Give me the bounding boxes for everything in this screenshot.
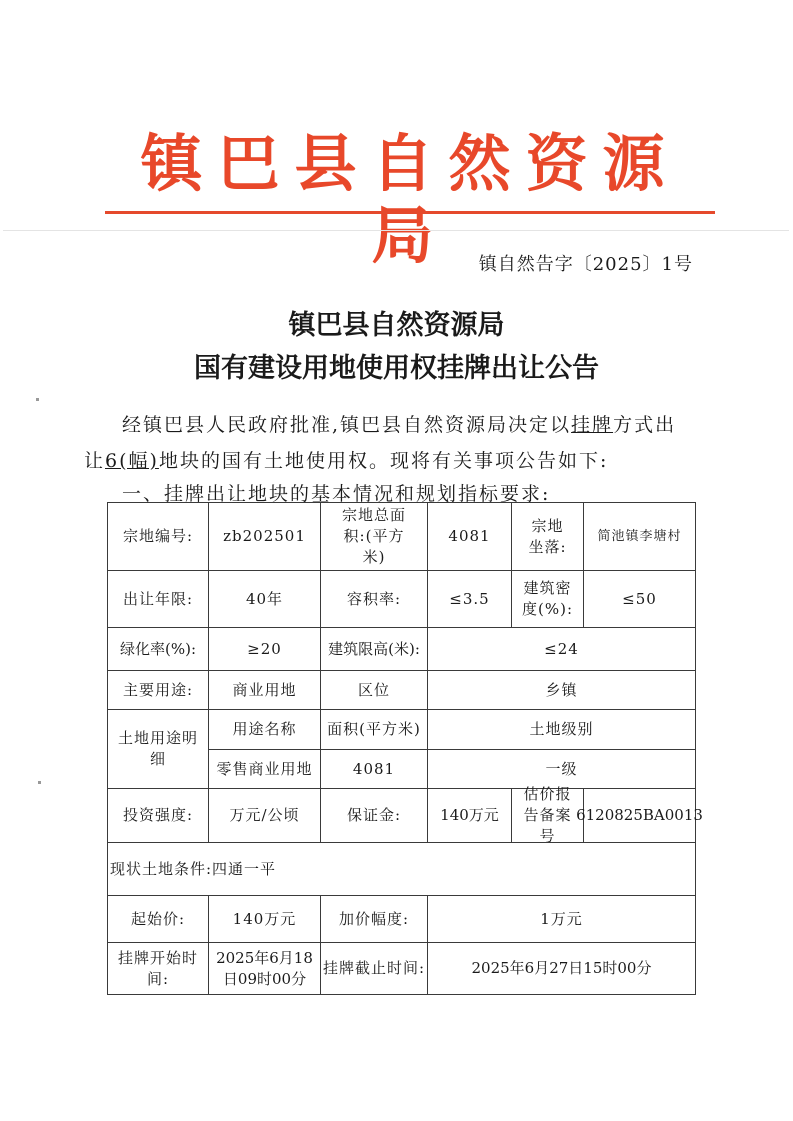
notice-title: 国有建设用地使用权挂牌出让公告 <box>0 346 793 385</box>
increment-value: 1万元 <box>427 895 696 943</box>
total-area-value: 4081 <box>427 502 512 571</box>
parcel-no-value: zb202501 <box>208 502 321 571</box>
start-price-value: 140万元 <box>208 895 321 943</box>
start-price-label: 起始价: <box>107 895 209 943</box>
use-name-header: 用途名称 <box>208 709 321 750</box>
grade-header: 土地级别 <box>427 709 696 750</box>
transfer-method: 挂牌 <box>571 414 613 436</box>
increment-label: 加价幅度: <box>320 895 428 943</box>
invest-value: 万元/公顷 <box>208 788 321 843</box>
scan-speck <box>38 781 41 784</box>
deposit-label: 保证金: <box>320 788 428 843</box>
invest-label: 投资强度: <box>107 788 209 843</box>
green-label: 绿化率(%): <box>107 627 209 671</box>
area-header: 面积(平方米) <box>320 709 428 750</box>
start-time-value: 2025年6月18日09时00分 <box>208 942 321 995</box>
far-label: 容积率: <box>320 570 428 628</box>
location-value: 简池镇李塘村 <box>583 502 696 571</box>
intro-text-3: 地块的国有土地使用权。现将有关事项公告如下: <box>159 450 608 472</box>
grade-value: 一级 <box>427 749 696 789</box>
intro-text-1: 经镇巴县人民政府批准,镇巴县自然资源局决定以 <box>122 414 571 436</box>
term-value: 40年 <box>208 570 321 628</box>
density-value: ≤50 <box>583 570 696 628</box>
red-rule-divider <box>105 211 715 214</box>
use-label: 主要用途: <box>107 670 209 710</box>
green-value: ≥20 <box>208 627 321 671</box>
land-condition: 现状土地条件:四通一平 <box>107 842 696 896</box>
zone-value: 乡镇 <box>427 670 696 710</box>
scan-speck <box>36 398 39 401</box>
end-time-value: 2025年6月27日15时00分 <box>427 942 696 995</box>
far-value: ≤3.5 <box>427 570 512 628</box>
parcel-info-table: 宗地编号: zb202501 宗地总面积:(平方米) 4081 宗地坐落: 简池… <box>107 502 696 995</box>
start-time-label: 挂牌开始时间: <box>107 942 209 995</box>
end-time-label: 挂牌截止时间: <box>320 942 428 995</box>
appraisal-value: 6120825BA0013 <box>583 788 696 843</box>
parcel-count: 6(幅) <box>105 450 159 472</box>
height-value: ≤24 <box>427 627 696 671</box>
notice-issuer-title: 镇巴县自然资源局 <box>0 303 793 342</box>
deposit-value: 140万元 <box>427 788 512 843</box>
height-label: 建筑限高(米): <box>320 627 428 671</box>
use-name-value: 零售商业用地 <box>208 749 321 789</box>
term-label: 出让年限: <box>107 570 209 628</box>
use-area-value: 4081 <box>320 749 428 789</box>
scan-fold-line <box>3 230 789 231</box>
document-number: 镇自然告字〔2025〕1号 <box>479 250 693 276</box>
density-label: 建筑密度(%): <box>511 570 584 628</box>
parcel-no-label: 宗地编号: <box>107 502 209 571</box>
location-label: 宗地坐落: <box>511 502 584 571</box>
use-value: 商业用地 <box>208 670 321 710</box>
intro-paragraph: 经镇巴县人民政府批准,镇巴县自然资源局决定以挂牌方式出让6(幅)地块的国有土地使… <box>84 407 696 479</box>
use-detail-label: 土地用途明细 <box>107 709 209 789</box>
zone-label: 区位 <box>320 670 428 710</box>
appraisal-label: 估价报告备案号 <box>511 788 584 843</box>
total-area-label: 宗地总面积:(平方米) <box>320 502 428 571</box>
